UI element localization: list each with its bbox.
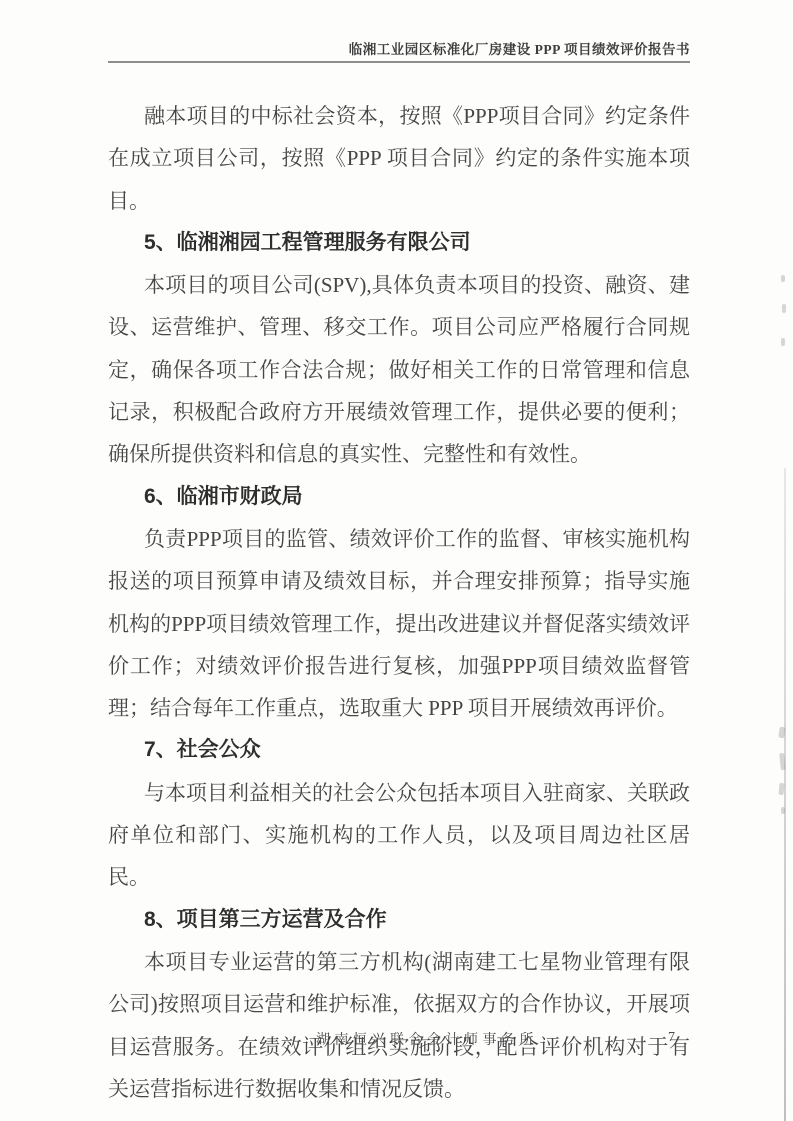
running-header-title: 临湘工业园区标准化厂房建设 PPP 项目绩效评价报告书 <box>108 42 690 58</box>
intro-paragraph: 融本项目的中标社会资本，按照《PPP项目合同》约定条件在成立项目公司，按照《PP… <box>108 95 690 222</box>
section-6-paragraph: 负责PPP项目的监管、绩效评价工作的监督、审核实施机构报送的项目预算申请及绩效目… <box>108 518 690 729</box>
scan-smudge <box>778 783 784 795</box>
footer-page-number: 7 <box>668 1030 675 1046</box>
section-7: 7、社会公众 与本项目利益相关的社会公众包括本项目入驻商家、关联政府单位和部门、… <box>108 729 690 898</box>
section-8: 8、项目第三方运营及合作 本项目专业运营的第三方机构(湖南建工七星物业管理有限公… <box>108 899 690 1110</box>
section-8-paragraph: 本项目专业运营的第三方机构(湖南建工七星物业管理有限公司)按照项目运营和维护标准… <box>108 941 690 1110</box>
section-6-heading: 6、临湘市财政局 <box>108 476 690 518</box>
scan-edge-line <box>784 468 786 1121</box>
section-8-heading: 8、项目第三方运营及合作 <box>108 899 690 941</box>
section-7-heading: 7、社会公众 <box>108 729 690 771</box>
report-page: 临湘工业园区标准化厂房建设 PPP 项目绩效评价报告书 融本项目的中标社会资本，… <box>0 0 793 1121</box>
footer-organization: 湖南恒兴联合会计师事务所 <box>316 1029 538 1049</box>
section-7-paragraph: 与本项目利益相关的社会公众包括本项目入驻商家、关联政府单位和部门、实施机构的工作… <box>108 772 690 899</box>
page-header: 临湘工业园区标准化厂房建设 PPP 项目绩效评价报告书 <box>108 42 690 63</box>
section-6: 6、临湘市财政局 负责PPP项目的监管、绩效评价工作的监督、审核实施机构报送的项… <box>108 476 690 730</box>
scan-smudge <box>781 275 785 282</box>
document-body: 融本项目的中标社会资本，按照《PPP项目合同》约定条件在成立项目公司，按照《PP… <box>108 95 690 1110</box>
section-5-paragraph: 本项目的项目公司(SPV),具体负责本项目的投资、融资、建设、运营维护、管理、移… <box>108 264 690 475</box>
section-5: 5、临湘湘园工程管理服务有限公司 本项目的项目公司(SPV),具体负责本项目的投… <box>108 222 690 476</box>
scan-smudge <box>782 304 786 313</box>
scan-smudge <box>781 338 785 346</box>
scan-smudge <box>781 807 785 814</box>
section-5-heading: 5、临湘湘园工程管理服务有限公司 <box>108 222 690 264</box>
